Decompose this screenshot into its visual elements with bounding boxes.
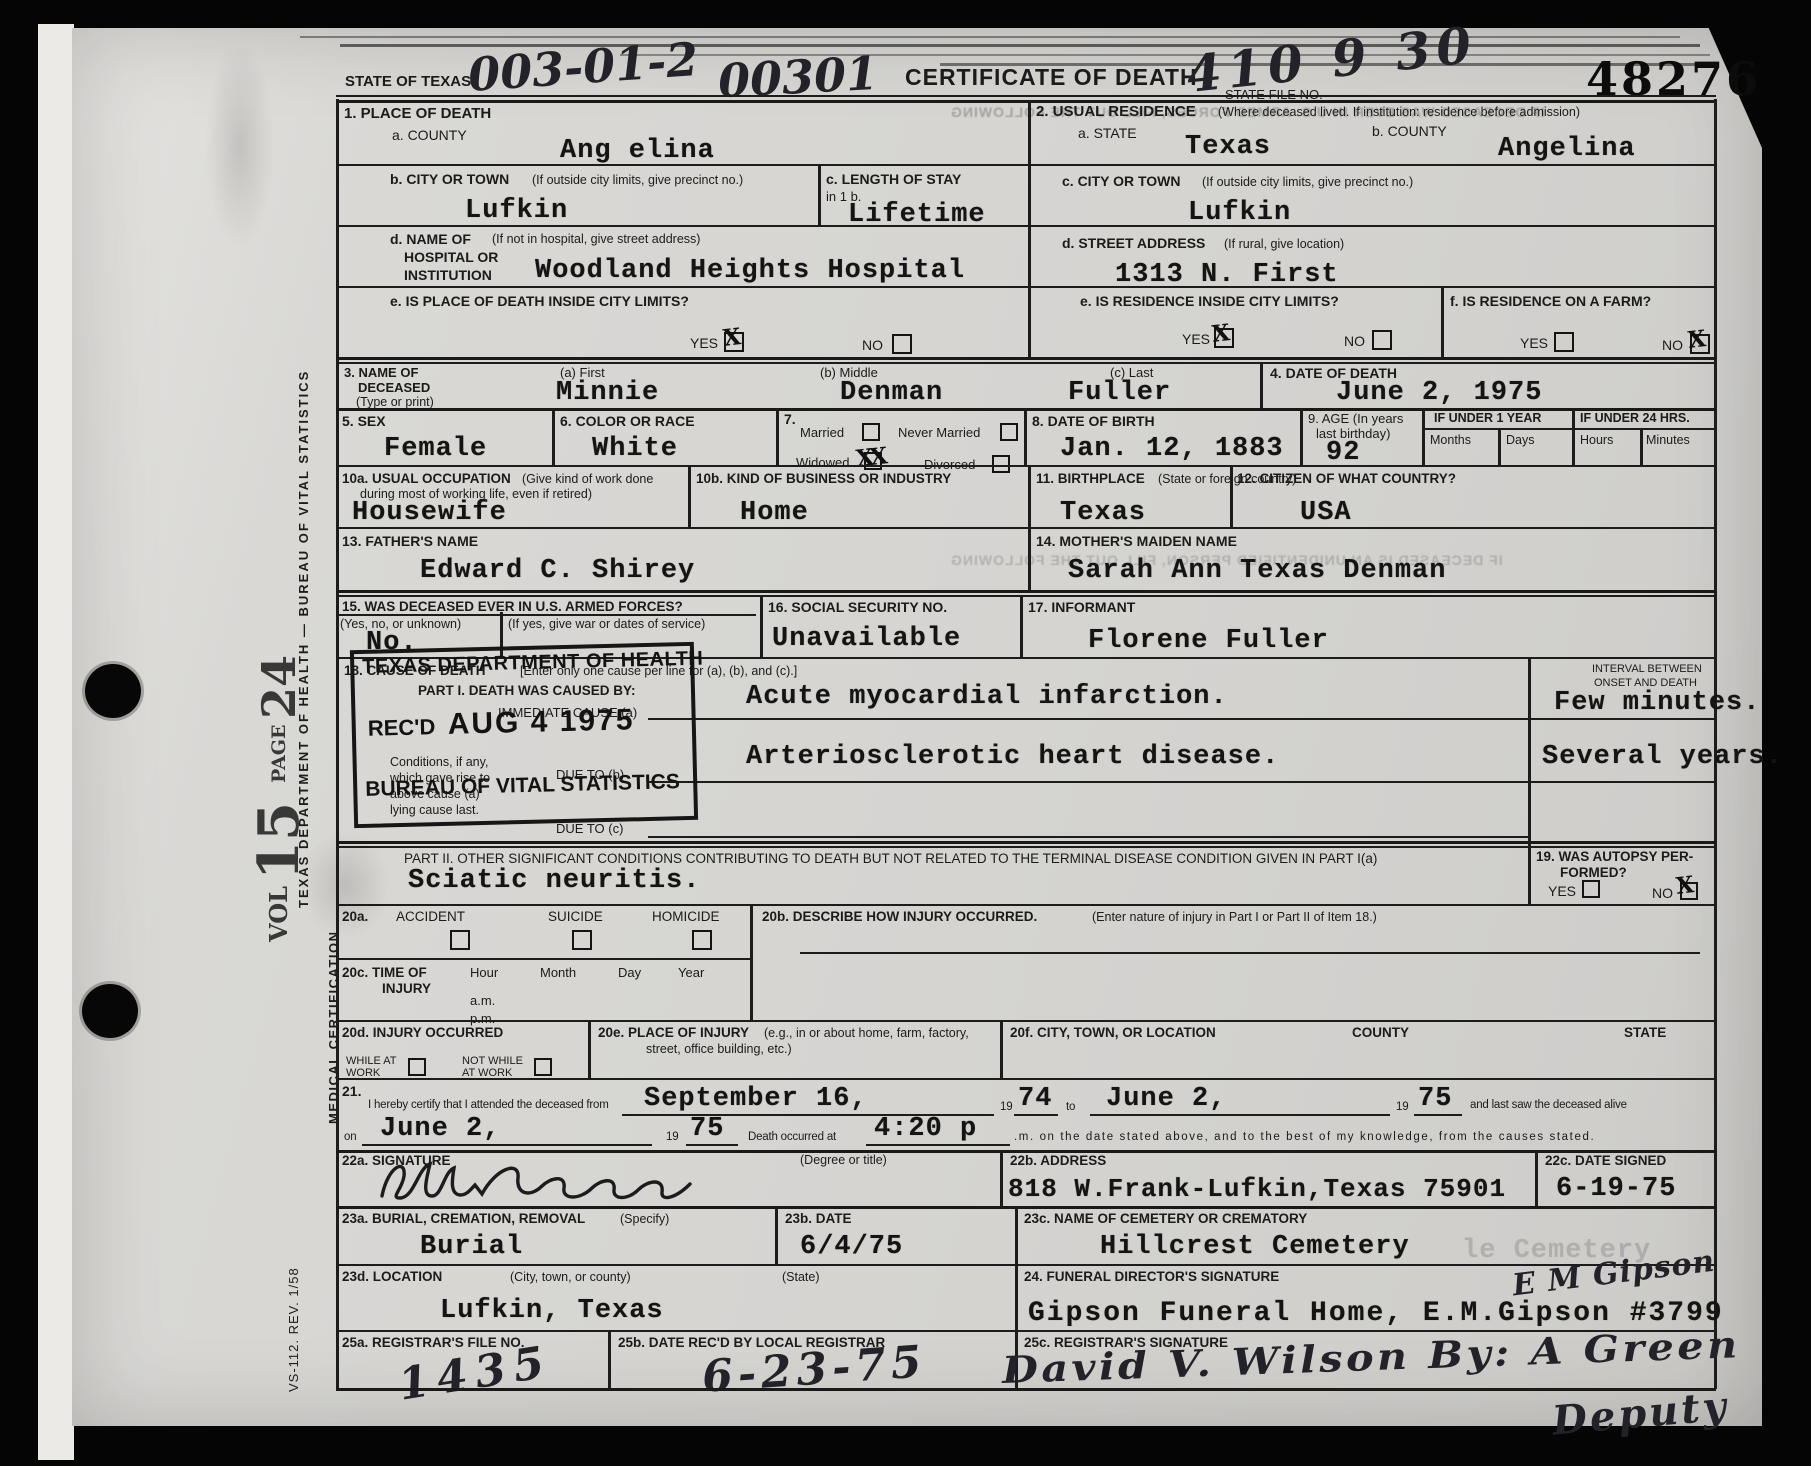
- rule: [1028, 465, 1031, 527]
- rule: [362, 1144, 652, 1146]
- suicide-label: SUICIDE: [548, 910, 603, 924]
- received-date-stamp: TEXAS DEPARTMENT OF HEALTH REC'D AUG 4 1…: [350, 642, 698, 828]
- field-7-label: 7.: [784, 412, 796, 426]
- field-14-mother-name: Sarah Ann Texas Denman: [1068, 556, 1446, 586]
- hours-label: Hours: [1580, 434, 1613, 447]
- field-4-date-of-death: June 2, 1975: [1336, 378, 1542, 408]
- field-5-label: 5. SEX: [342, 414, 386, 428]
- not-while-at-work-label1: NOT WHILE: [462, 1056, 523, 1067]
- rule: [608, 1330, 611, 1388]
- stamp-line3: BUREAU OF VITAL STATISTICS: [365, 770, 680, 802]
- hour-label: Hour: [470, 966, 498, 979]
- checkbox-married: [862, 423, 880, 441]
- rule: [648, 718, 1716, 720]
- no-label: NO: [1662, 338, 1683, 352]
- field-3c-last-name: Fuller: [1068, 378, 1171, 408]
- last-seen-date: June 2,: [380, 1114, 500, 1144]
- cause-of-death-b: Arteriosclerotic heart disease.: [746, 742, 1279, 772]
- field-9-age-value: 92: [1326, 438, 1360, 468]
- field-23a-note: (Specify): [620, 1213, 669, 1226]
- field-19-label2: FORMED?: [1560, 866, 1627, 880]
- field-20a-label: 20a.: [342, 910, 368, 924]
- rule: [336, 527, 1716, 529]
- field-1d-label: d. NAME OF: [390, 232, 471, 246]
- checkbox-suicide: [572, 930, 592, 950]
- on-label: on: [344, 1132, 356, 1144]
- field-3-title2: DECEASED: [358, 381, 430, 394]
- field-3a-first-name: Minnie: [556, 378, 659, 408]
- married-label: Married: [800, 426, 844, 439]
- rule: [588, 1020, 591, 1078]
- rule: [336, 465, 1716, 467]
- field-22c-label: 22c. DATE SIGNED: [1545, 1154, 1666, 1168]
- certify-text-1: I hereby certify that I attended the dec…: [368, 1100, 609, 1112]
- widowed-label: Widowed: [796, 456, 849, 469]
- field-10a-note1: (Give kind of work done: [522, 473, 653, 486]
- rule: [336, 1388, 1716, 1391]
- days-label: Days: [1506, 434, 1534, 447]
- field-23d-label: 23d. LOCATION: [342, 1270, 442, 1284]
- field-20e-note1: (e.g., in or about home, farm, factory,: [764, 1027, 969, 1040]
- part2-label: PART II. OTHER SIGNIFICANT CONDITIONS CO…: [404, 852, 1377, 866]
- rule: [866, 1144, 1010, 1146]
- county-column-label: COUNTY: [1352, 1026, 1409, 1040]
- checkbox-19-yes: [1582, 880, 1600, 898]
- rule: [1528, 846, 1531, 904]
- field-23a-label: 23a. BURIAL, CREMATION, REMOVAL: [342, 1212, 585, 1226]
- rule: [1000, 1020, 1003, 1078]
- month-label: Month: [540, 966, 576, 979]
- field-20c-label2: INJURY: [382, 982, 431, 996]
- rule: [760, 595, 763, 657]
- year-19-prefix: 19: [666, 1132, 678, 1144]
- rule: [336, 357, 1716, 360]
- field-8-date-of-birth: Jan. 12, 1883: [1060, 434, 1284, 464]
- degree-or-title-label: (Degree or title): [800, 1154, 887, 1167]
- checkmark-2f-no: X: [1687, 325, 1708, 354]
- rule: [1640, 428, 1643, 465]
- field-2-title-note: (Where deceased lived. If institution: r…: [1218, 106, 1580, 119]
- part2-value: Sciatic neuritis.: [408, 866, 700, 896]
- field-3-title3: (Type or print): [356, 396, 434, 409]
- field-2c-city-value: Lufkin: [1188, 198, 1291, 228]
- rule: [336, 164, 1716, 166]
- rule: [1535, 1150, 1538, 1206]
- rule: [336, 1206, 1716, 1209]
- rule: [688, 465, 691, 527]
- scan-smudge: [205, 40, 275, 250]
- field-1a-county-value: Ang elina: [560, 136, 715, 166]
- field-1c-label: c. LENGTH OF STAY: [826, 172, 961, 186]
- rule: [1015, 1206, 1018, 1264]
- field-1d-note: (If not in hospital, give street address…: [492, 233, 700, 246]
- rule: [1028, 527, 1031, 591]
- volume-page-stamp: VOL 15 PAGE 24: [246, 598, 312, 942]
- due-to-c-label: DUE TO (c): [556, 822, 623, 835]
- rule: [336, 1264, 1716, 1266]
- vol-value: 15: [246, 789, 312, 881]
- rule: [336, 95, 1716, 97]
- field-5-sex-value: Female: [384, 434, 487, 464]
- field-3b-middle-name: Denman: [840, 378, 943, 408]
- field-6-label: 6. COLOR OR RACE: [560, 414, 695, 428]
- rule: [336, 904, 1716, 906]
- field-1b-city-value: Lufkin: [465, 196, 568, 226]
- field-2d-label: d. STREET ADDRESS: [1062, 236, 1205, 250]
- physician-signature-ink: [372, 1152, 702, 1208]
- field-2c-label: c. CITY OR TOWN: [1062, 174, 1181, 188]
- field-12-citizen-value: USA: [1300, 498, 1352, 528]
- field-12-label: 12. CITIZEN OF WHAT COUNTRY?: [1237, 472, 1456, 486]
- rule: [336, 590, 1716, 593]
- rule: [336, 100, 1716, 103]
- yes-label: YES: [690, 336, 718, 350]
- field-20d-label: 20d. INJURY OCCURRED: [342, 1026, 503, 1040]
- field-2a-label: a. STATE: [1078, 126, 1137, 140]
- field-2-title: 2. USUAL RESIDENCE: [1036, 104, 1196, 119]
- rule: [1000, 1150, 1003, 1206]
- attended-from-year: 74: [1018, 1084, 1052, 1114]
- field-1a-label: a. COUNTY: [392, 128, 467, 142]
- rule: [1498, 428, 1501, 465]
- margin-medical-certification-label: MEDICAL CERTIFICATION: [326, 868, 341, 1124]
- rule: [1020, 595, 1023, 657]
- checkbox-never-married: [1000, 423, 1018, 441]
- stamp-line1: TEXAS DEPARTMENT OF HEALTH: [362, 648, 704, 679]
- field-11-birthplace-value: Texas: [1060, 498, 1146, 528]
- checkbox-while-at-work: [408, 1058, 426, 1076]
- rule: [775, 1206, 778, 1264]
- while-at-work-label1: WHILE AT: [346, 1056, 397, 1067]
- rule: [1441, 286, 1444, 358]
- field-11-label: 11. BIRTHPLACE: [1036, 472, 1145, 486]
- field-10b-label: 10b. KIND OF BUSINESS OR INDUSTRY: [696, 472, 951, 486]
- page-stack-edge: [38, 24, 74, 1460]
- field-23d-location-value: Lufkin, Texas: [440, 1296, 664, 1326]
- day-label: Day: [618, 966, 641, 979]
- rule: [1090, 1114, 1390, 1116]
- rule: [1300, 408, 1303, 465]
- field-15-note2: (If yes, give war or dates of service): [508, 618, 705, 631]
- field-15-label: 15. WAS DECEASED EVER IN U.S. ARMED FORC…: [342, 600, 683, 614]
- field-23c-cemetery-value: Hillcrest Cemetery: [1100, 1232, 1410, 1262]
- field-9-label1: 9. AGE (In years: [1308, 412, 1403, 425]
- field-23b-date-value: 6/4/75: [800, 1232, 903, 1262]
- attended-to-date: June 2,: [1106, 1084, 1226, 1114]
- months-label: Months: [1430, 434, 1471, 447]
- field-23c-label: 23c. NAME OF CEMETERY OR CREMATORY: [1024, 1212, 1307, 1226]
- yes-label: YES: [1548, 884, 1576, 898]
- rule: [336, 595, 1716, 597]
- rule: [336, 225, 1716, 227]
- field-2d-note: (If rural, give location): [1224, 238, 1344, 251]
- punch-hole: [82, 984, 138, 1038]
- rule: [648, 836, 1528, 838]
- checkmark-19-no: X: [1675, 871, 1696, 900]
- certify-text-2: and last saw the deceased alive: [1470, 1100, 1627, 1112]
- checkbox-2f-yes: [1554, 332, 1574, 352]
- field-13-label: 13. FATHER'S NAME: [342, 534, 478, 548]
- rule: [1028, 100, 1031, 358]
- field-20b-note: (Enter nature of injury in Part I or Par…: [1092, 911, 1377, 924]
- field-24-label: 24. FUNERAL DIRECTOR'S SIGNATURE: [1024, 1270, 1279, 1284]
- margin-form-number: VS-112. REV. 1/58: [286, 1146, 301, 1392]
- field-1-title: 1. PLACE OF DEATH: [344, 106, 491, 121]
- last-seen-year: 75: [690, 1114, 724, 1144]
- rule: [1015, 1264, 1018, 1330]
- checkmark-widowed: XX: [855, 443, 885, 473]
- field-20e-label: 20e. PLACE OF INJURY: [598, 1026, 749, 1040]
- stamp-date: AUG 4 1975: [447, 703, 635, 742]
- accident-label: ACCIDENT: [396, 910, 465, 924]
- rule: [1572, 408, 1575, 465]
- field-20b-label: 20b. DESCRIBE HOW INJURY OCCURRED.: [762, 910, 1037, 924]
- rule: [1260, 362, 1263, 408]
- page-value: 24: [252, 643, 306, 719]
- field-14-label: 14. MOTHER'S MAIDEN NAME: [1036, 534, 1237, 548]
- no-label: NO: [1344, 334, 1365, 348]
- checkbox-not-while-at-work: [534, 1058, 552, 1076]
- if-under-1-year-label: IF UNDER 1 YEAR: [1434, 412, 1541, 425]
- rule: [1422, 408, 1425, 465]
- certificate-paper: [72, 28, 1762, 1426]
- field-19-label1: 19. WAS AUTOPSY PER-: [1536, 850, 1693, 864]
- field-20f-label: 20f. CITY, TOWN, OR LOCATION: [1010, 1026, 1216, 1040]
- interval-b-value: Several years.: [1542, 742, 1783, 772]
- rule: [648, 781, 1716, 783]
- no-label: NO: [862, 338, 883, 352]
- death-occurred-label: Death occurred at: [748, 1132, 836, 1144]
- rule: [336, 286, 1716, 288]
- state-of-texas-label: STATE OF TEXAS: [345, 74, 471, 89]
- field-17-informant-value: Florene Fuller: [1088, 626, 1329, 656]
- rule: [750, 904, 753, 1020]
- field-2b-label: b. COUNTY: [1372, 124, 1447, 138]
- field-2a-state-value: Texas: [1185, 132, 1271, 162]
- certificate-title: CERTIFICATE OF DEATH: [905, 66, 1198, 89]
- stamp-recd: REC'D: [367, 714, 435, 742]
- state-column-label: STATE: [1624, 1026, 1666, 1040]
- field-22c-date-signed: 6-19-75: [1556, 1174, 1676, 1204]
- year-19-prefix: 19: [1396, 1102, 1408, 1114]
- punch-hole: [85, 664, 141, 718]
- field-23d-note1: (City, town, or county): [510, 1271, 631, 1284]
- rule: [1024, 408, 1027, 465]
- rule: [336, 1020, 1716, 1022]
- checkmark-2e-yes: X: [1211, 319, 1232, 348]
- vol-label: VOL: [264, 886, 293, 942]
- field-23b-label: 23b. DATE: [785, 1212, 852, 1226]
- no-label: NO: [1652, 886, 1673, 900]
- field-22b-address-value: 818 W.Frank-Lufkin,Texas 75901: [1008, 1174, 1506, 1204]
- field-13-father-name: Edward C. Shirey: [420, 556, 695, 586]
- field-23a-value: Burial: [420, 1232, 523, 1262]
- certify-text-3: .m. on the date stated above, and to the…: [1014, 1132, 1595, 1144]
- field-10b-industry-value: Home: [740, 498, 809, 528]
- checkbox-divorced: [992, 455, 1010, 473]
- never-married-label: Never Married: [898, 426, 980, 439]
- rule: [776, 408, 779, 465]
- field-20e-note2: street, office building, etc.): [646, 1043, 792, 1056]
- field-1d-label3: INSTITUTION: [404, 268, 492, 282]
- if-under-24-hrs-label: IF UNDER 24 HRS.: [1580, 412, 1690, 425]
- field-3-title1: 3. NAME OF: [344, 366, 418, 379]
- field-23d-note2: (State): [782, 1271, 820, 1284]
- field-6-race-value: White: [592, 434, 678, 464]
- attended-from-date: September 16,: [644, 1084, 868, 1114]
- homicide-label: HOMICIDE: [652, 910, 720, 924]
- checkbox-2e-no: [1372, 330, 1392, 350]
- field-24-funeral-home-value: Gipson Funeral Home, E.M.Gipson #3799: [1028, 1298, 1724, 1329]
- field-22b-label: 22b. ADDRESS: [1010, 1154, 1106, 1168]
- field-17-label: 17. INFORMANT: [1028, 600, 1135, 614]
- page-label: PAGE: [268, 725, 290, 783]
- rule: [336, 99, 339, 1389]
- rule: [1014, 1114, 1058, 1116]
- handwritten-certificate-code: 00301: [717, 46, 880, 108]
- field-10a-occupation-value: Housewife: [352, 498, 507, 528]
- rule: [336, 614, 756, 616]
- field-2f-label: f. IS RESIDENCE ON A FARM?: [1450, 294, 1651, 308]
- checkbox-accident: [450, 930, 470, 950]
- field-10a-label: 10a. USUAL OCCUPATION: [342, 472, 511, 486]
- interval-a-value: Few minutes.: [1554, 688, 1760, 718]
- field-1d-hospital-value: Woodland Heights Hospital: [535, 256, 965, 286]
- pm-label: p.m.: [470, 1012, 495, 1025]
- field-1e-label: e. IS PLACE OF DEATH INSIDE CITY LIMITS?: [390, 294, 689, 308]
- rule: [336, 846, 1716, 848]
- rule: [800, 952, 1700, 954]
- field-2b-county-value: Angelina: [1498, 134, 1636, 164]
- minutes-label: Minutes: [1646, 434, 1690, 447]
- rule: [336, 362, 1716, 364]
- cause-of-death-a: Acute myocardial infarction.: [746, 682, 1228, 712]
- field-16-label: 16. SOCIAL SECURITY NO.: [768, 600, 947, 614]
- field-8-label: 8. DATE OF BIRTH: [1032, 414, 1155, 428]
- field-21-label: 21.: [342, 1084, 361, 1098]
- rule: [336, 841, 1716, 844]
- field-2c-note: (If outside city limits, give precinct n…: [1202, 176, 1413, 189]
- rule: [686, 1144, 738, 1146]
- rule: [1422, 428, 1716, 430]
- field-1b-label: b. CITY OR TOWN: [390, 172, 509, 186]
- rule: [818, 164, 821, 225]
- field-1b-note: (If outside city limits, give precinct n…: [532, 174, 743, 187]
- am-label: a.m.: [470, 994, 495, 1007]
- attended-to-year: 75: [1418, 1084, 1452, 1114]
- rule: [336, 958, 750, 960]
- scanned-death-certificate: IF DECEASED WAS EVER IN U.S. ARMED FORCE…: [0, 0, 1811, 1466]
- checkbox-1e-no: [892, 334, 912, 354]
- rule: [552, 408, 555, 465]
- to-label: to: [1066, 1102, 1075, 1114]
- interval-label1: INTERVAL BETWEEN: [1592, 664, 1702, 675]
- checkmark-1e-yes: X: [722, 323, 743, 352]
- field-20c-label1: 20c. TIME OF: [342, 966, 427, 980]
- field-16-ssn-value: Unavailable: [772, 624, 961, 654]
- yes-label: YES: [1182, 332, 1210, 346]
- checkbox-homicide: [692, 930, 712, 950]
- rule: [336, 1078, 1716, 1080]
- rule: [1414, 1114, 1462, 1116]
- field-1d-label2: HOSPITAL OR: [404, 250, 498, 264]
- yes-label: YES: [1520, 336, 1548, 350]
- field-2e-label: e. IS RESIDENCE INSIDE CITY LIMITS?: [1080, 294, 1339, 308]
- year-19-prefix: 19: [1000, 1102, 1012, 1114]
- year-label: Year: [678, 966, 704, 979]
- time-of-death: 4:20 p: [874, 1114, 977, 1144]
